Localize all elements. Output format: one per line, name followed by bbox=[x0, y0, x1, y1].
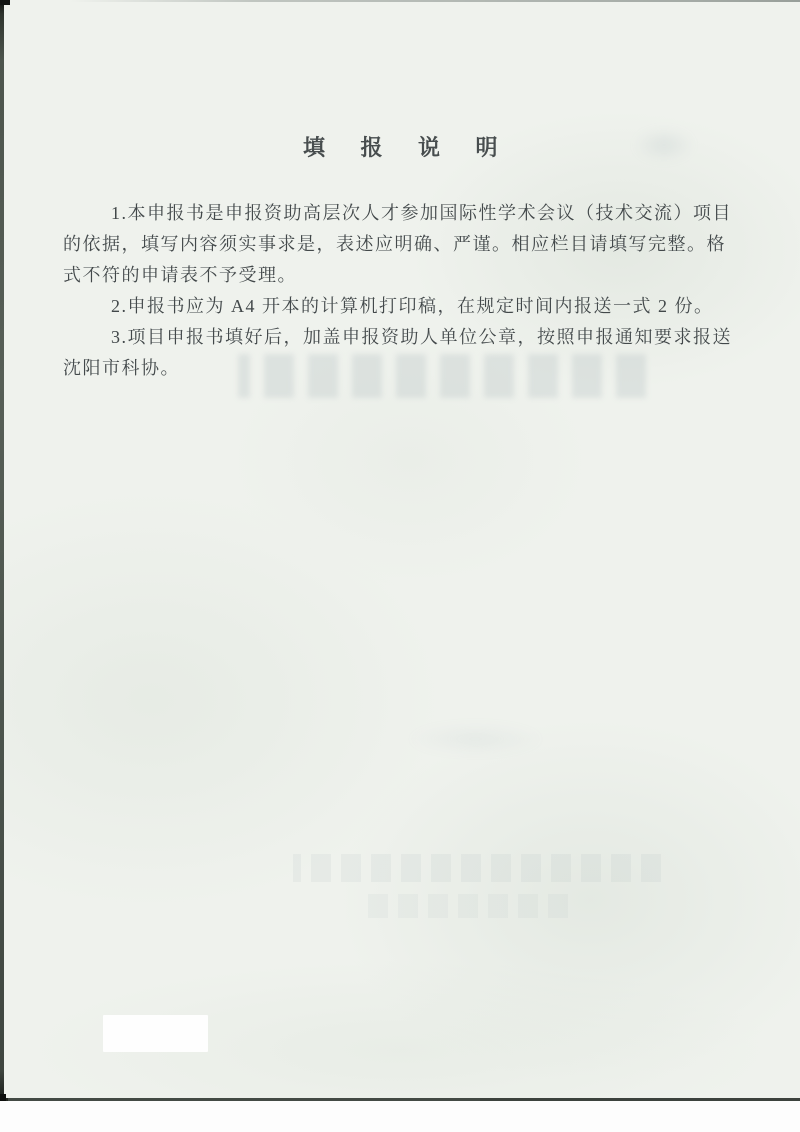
whiteout-patch bbox=[103, 1015, 208, 1052]
paper-texture bbox=[0, 0, 800, 1100]
bleed-through-mark bbox=[626, 124, 702, 166]
document-body: 1.本申报书是申报资助高层次人才参加国际性学术会议（技术交流）项目 的依据，填写… bbox=[63, 198, 731, 384]
bleed-through-mark bbox=[358, 894, 568, 918]
document-title: 填 报 说 明 bbox=[303, 131, 513, 162]
bleed-through-mark bbox=[388, 718, 563, 760]
text-line: 2.申报书应为 A4 开本的计算机打印稿，在规定时间内报送一式 2 份。 bbox=[63, 291, 731, 322]
scan-edge-left bbox=[0, 0, 4, 1101]
text-line: 1.本申报书是申报资助高层次人才参加国际性学术会议（技术交流）项目 bbox=[63, 198, 731, 229]
scan-edge-top bbox=[70, 0, 800, 2]
scanned-document-page: 填 报 说 明 1.本申报书是申报资助高层次人才参加国际性学术会议（技术交流）项… bbox=[0, 0, 800, 1100]
text-line: 式不符的申请表不予受理。 bbox=[63, 260, 731, 291]
scan-corner-mark-top-left bbox=[0, 0, 10, 5]
text-line: 沈阳市科协。 bbox=[63, 353, 731, 384]
bleed-through-mark bbox=[293, 854, 661, 882]
text-line: 的依据，填写内容须实事求是，表述应明确、严谨。相应栏目请填写完整。格 bbox=[63, 229, 731, 260]
scanner-background bbox=[0, 1101, 800, 1132]
text-line: 3.项目申报书填好后，加盖申报资助人单位公章，按照申报通知要求报送 bbox=[63, 322, 731, 353]
